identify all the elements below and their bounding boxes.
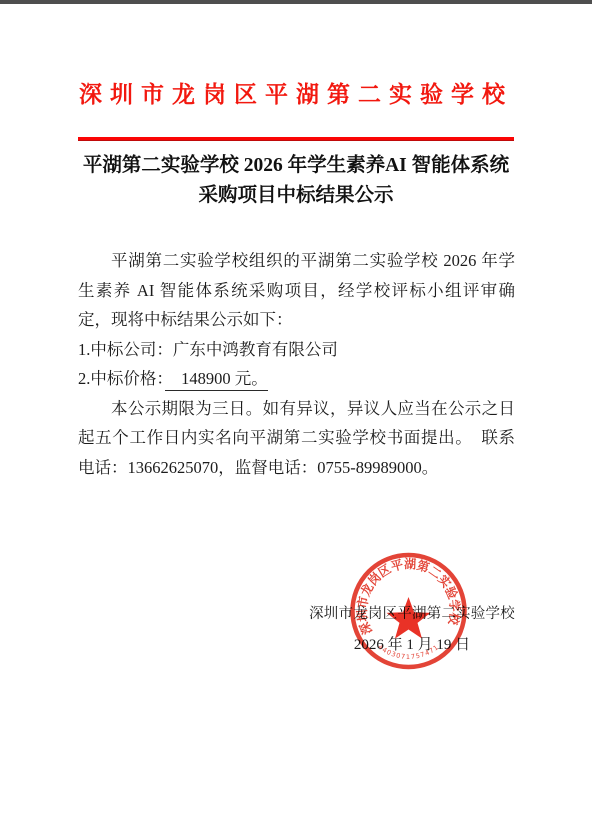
document-title-line2: 采购项目中标结果公示 <box>40 181 552 211</box>
school-header: 深圳市龙岗区平湖第二实验学校 <box>0 76 592 109</box>
winning-company-line: 1.中标公司：广东中鸿教育有限公司 <box>78 335 515 365</box>
document-title-line1: 平湖第二实验学校 2026 年学生素养AI 智能体系统 <box>40 151 552 181</box>
intro-paragraph: 平湖第二实验学校组织的平湖第二实验学校 2026 年学生素养 AI 智能体系统采… <box>78 246 515 335</box>
document-title: 平湖第二实验学校 2026 年学生素养AI 智能体系统 采购项目中标结果公示 <box>40 151 552 211</box>
winning-company-label: 1.中标公司： <box>78 340 173 359</box>
announcement-page: 深圳市龙岗区平湖第二实验学校 平湖第二实验学校 2026 年学生素养AI 智能体… <box>0 0 592 821</box>
winning-price-label: 2.中标价格： <box>78 369 165 388</box>
red-divider <box>78 137 514 141</box>
winning-company-value: 广东中鸿教育有限公司 <box>173 340 338 359</box>
closing-paragraph: 本公示期限为三日。如有异议，异议人应当在公示之日起五个工作日内实名向平湖第二实验… <box>78 394 515 483</box>
signature-organization: 深圳市龙岗区平湖第二实验学校 <box>308 602 516 623</box>
winning-price-line: 2.中标价格： 148900 元。 <box>78 364 515 394</box>
signature-date: 2026 年 1 月 19 日 <box>308 633 516 654</box>
winning-price-value: 148900 元。 <box>165 369 268 391</box>
signature-block: 深圳市龙岗区平湖第二实验学校 2026 年 1 月 19 日 <box>308 602 516 654</box>
document-body: 平湖第二实验学校组织的平湖第二实验学校 2026 年学生素养 AI 智能体系统采… <box>78 246 515 482</box>
page-top-edge <box>0 0 592 4</box>
